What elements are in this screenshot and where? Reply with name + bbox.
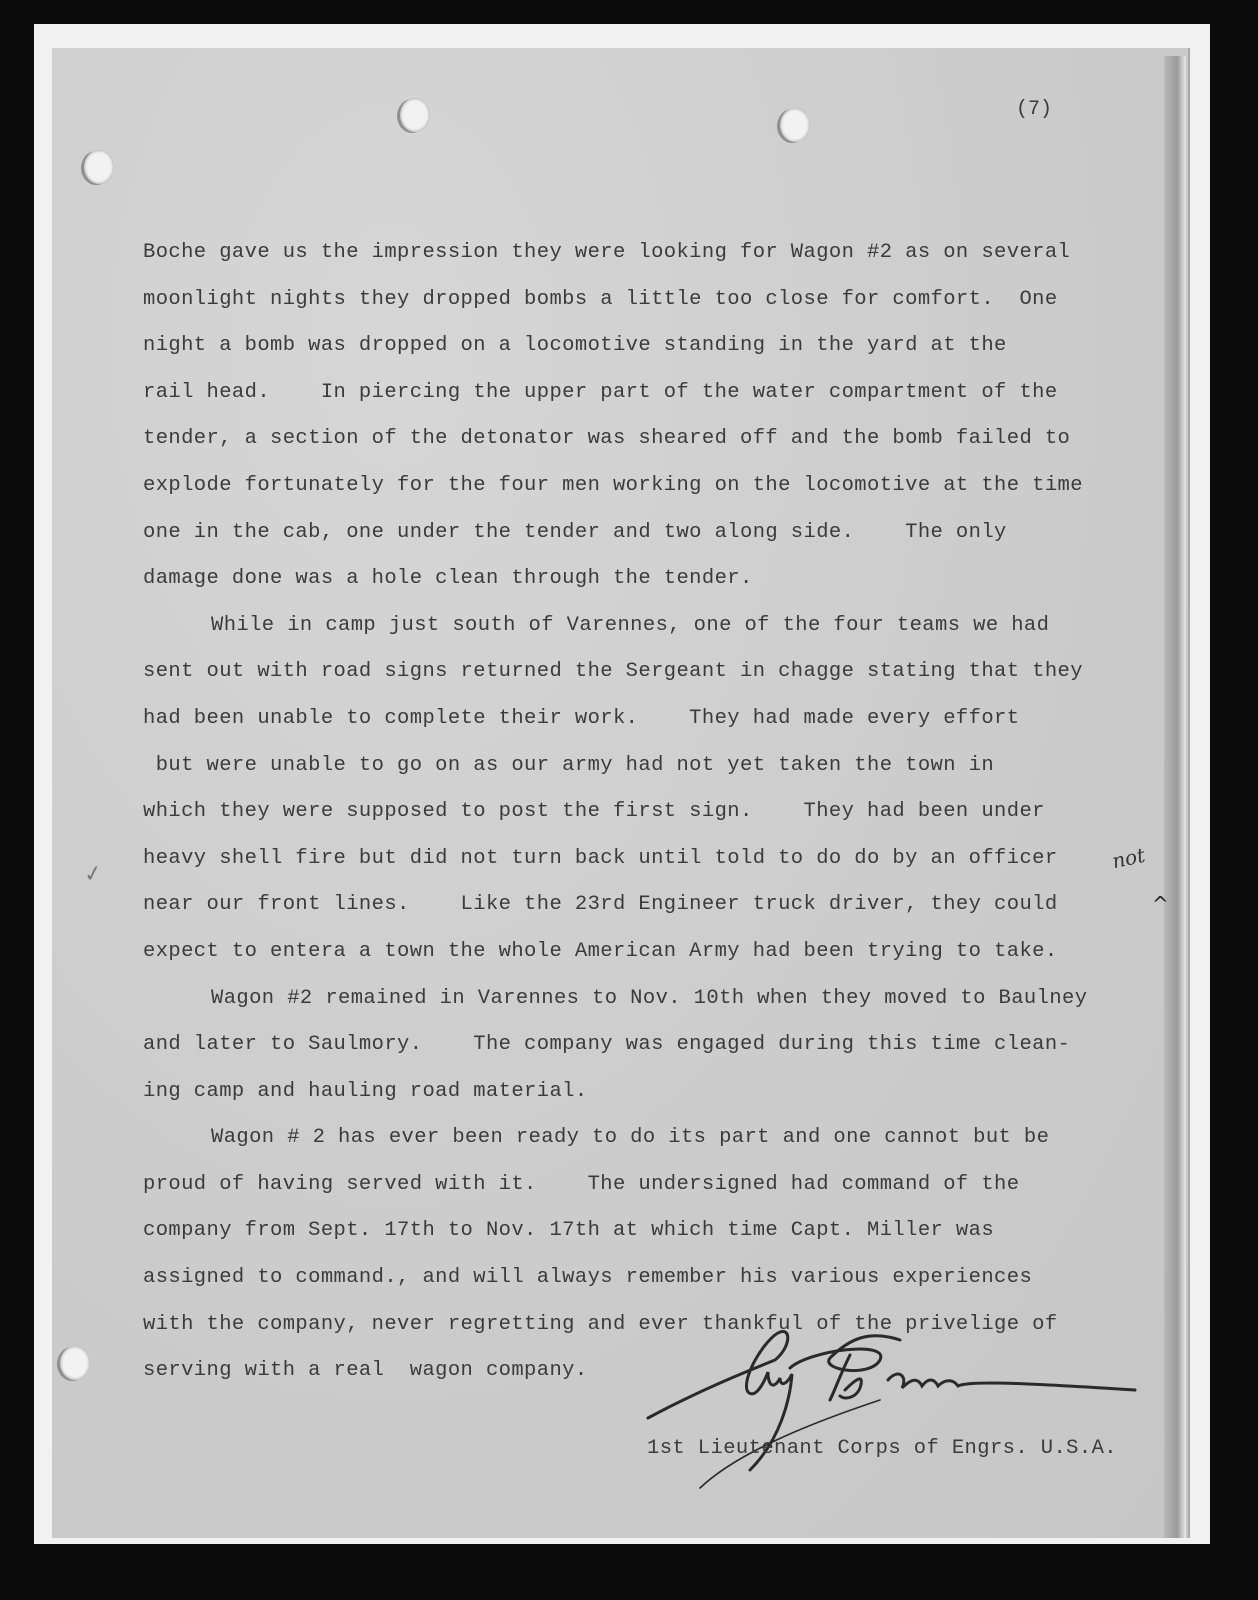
text-line: Wagon # 2 has ever been ready to do its … [143,1121,1183,1168]
punch-hole [400,98,430,132]
handwritten-signature [640,1320,1140,1490]
text-line: night a bomb was dropped on a locomotive… [143,329,1183,376]
text-line: Boche gave us the impression they were l… [143,236,1183,283]
text-line: proud of having served with it. The unde… [143,1168,1183,1215]
text-line: had been unable to complete their work. … [143,702,1183,749]
punch-hole [780,108,810,142]
insertion-caret: ^ [1152,892,1169,916]
text-line: heavy shell fire but did not turn back u… [143,842,1183,889]
text-line: tender, a section of the detonator was s… [143,422,1183,469]
text-line: near our front lines. Like the 23rd Engi… [143,888,1183,935]
text-line: which they were supposed to post the fir… [143,795,1183,842]
text-line: moonlight nights they dropped bombs a li… [143,283,1183,330]
punch-hole [60,1346,90,1380]
text-line: assigned to command., and will always re… [143,1261,1183,1308]
text-line: rail head. In piercing the upper part of… [143,376,1183,423]
text-line: ing camp and hauling road material. [143,1075,1183,1122]
text-line: company from Sept. 17th to Nov. 17th at … [143,1214,1183,1261]
text-line: Wagon #2 remained in Varennes to Nov. 10… [143,982,1183,1029]
text-line: While in camp just south of Varennes, on… [143,609,1183,656]
punch-hole [84,150,114,184]
text-line: damage done was a hole clean through the… [143,562,1183,609]
text-line: expect to entera a town the whole Americ… [143,935,1183,982]
text-line: sent out with road signs returned the Se… [143,655,1183,702]
signature-title: 1st Lieutenant Corps of Engrs. U.S.A. [647,1437,1117,1460]
text-line: explode fortunately for the four men wor… [143,469,1183,516]
page-number: (7) [1016,98,1052,121]
text-line: and later to Saulmory. The company was e… [143,1028,1183,1075]
letter-body: Boche gave us the impression they were l… [143,236,1183,1401]
text-line: but were unable to go on as our army had… [143,749,1183,796]
text-line: one in the cab, one under the tender and… [143,516,1183,563]
